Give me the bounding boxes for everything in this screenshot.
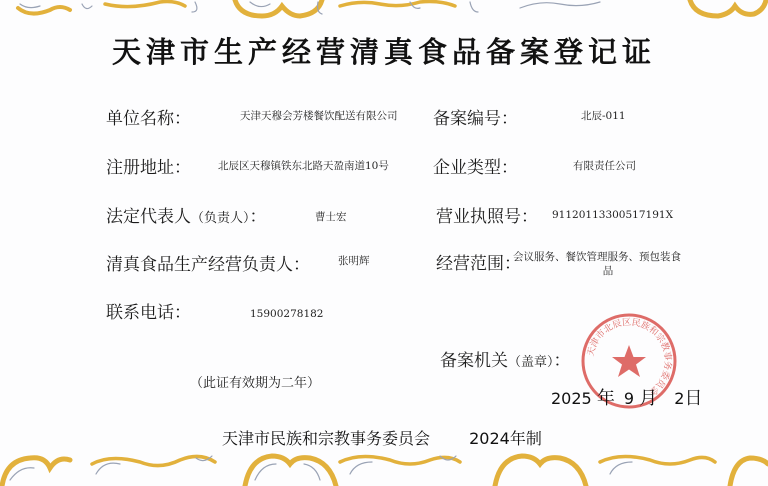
legal-rep-label-paren: （负责人） [191, 211, 250, 226]
halal-manager-value: 张明辉 [338, 253, 370, 268]
business-scope-label: 经营范围： [436, 249, 521, 274]
footer-issuer: 天津市民族和宗教事务委员会 [222, 429, 430, 448]
halal-manager-label: 清真食品生产经营负责人： [106, 250, 310, 275]
record-no-label: 备案编号： [433, 104, 518, 129]
record-no-value: 北辰-011 [581, 108, 626, 123]
legal-rep-label: 法定代表人（负责人）： [106, 202, 267, 227]
business-scope-line1: 会议服务、餐饮管理服务、预包装食 [513, 251, 681, 263]
filing-authority-label: 备案机关（盖章）： [440, 346, 571, 371]
validity-note: （此证有效期为二年） [190, 372, 320, 391]
filing-authority-label-main: 备案机关 [440, 351, 508, 371]
date-month: 9 [624, 389, 634, 408]
date-day-unit: 日 [684, 384, 702, 410]
filing-authority-label-paren: （盖章） [508, 355, 554, 370]
footer-made-year: 2024年制 [469, 429, 542, 448]
unit-name-label: 单位名称： [106, 104, 191, 129]
certificate-title: 天津市生产经营清真食品备案登记证 [0, 30, 768, 71]
date-year-unit: 年 [597, 384, 615, 410]
reg-address-value: 北辰区天穆镇铁东北路天盈南道10号 [218, 158, 389, 173]
date-day: 2 [674, 389, 684, 408]
reg-address-label: 注册地址： [106, 153, 191, 178]
license-no-label: 营业执照号： [436, 202, 538, 227]
issue-date: 2025 年 9 月 2日 [551, 384, 702, 410]
legal-rep-label-colon: ： [250, 207, 267, 227]
unit-name-value: 天津天穆会芳楼餐饮配送有限公司 [240, 108, 398, 123]
bottom-ornament-border [0, 450, 768, 486]
business-scope-line2: 品 [513, 264, 703, 278]
footer: 天津市民族和宗教事务委员会 2024年制 [222, 426, 542, 449]
date-year: 2025 [551, 389, 592, 408]
top-ornament-border [0, 0, 768, 22]
legal-rep-label-main: 法定代表人 [106, 207, 191, 227]
business-scope-value: 会议服务、餐饮管理服务、预包装食 品 [513, 250, 703, 278]
date-month-unit: 月 [639, 384, 657, 410]
license-no-value: 91120113300517191X [552, 209, 673, 221]
company-type-label: 企业类型： [433, 153, 518, 178]
phone-label: 联系电话： [106, 298, 191, 323]
phone-value: 15900278182 [250, 308, 324, 320]
gold-scroll-ornament-icon [0, 0, 768, 22]
company-type-value: 有限责任公司 [573, 158, 636, 173]
gold-scroll-ornament-icon [0, 450, 768, 486]
legal-rep-value: 曹士宏 [315, 209, 347, 224]
filing-authority-label-colon: ： [554, 351, 571, 371]
